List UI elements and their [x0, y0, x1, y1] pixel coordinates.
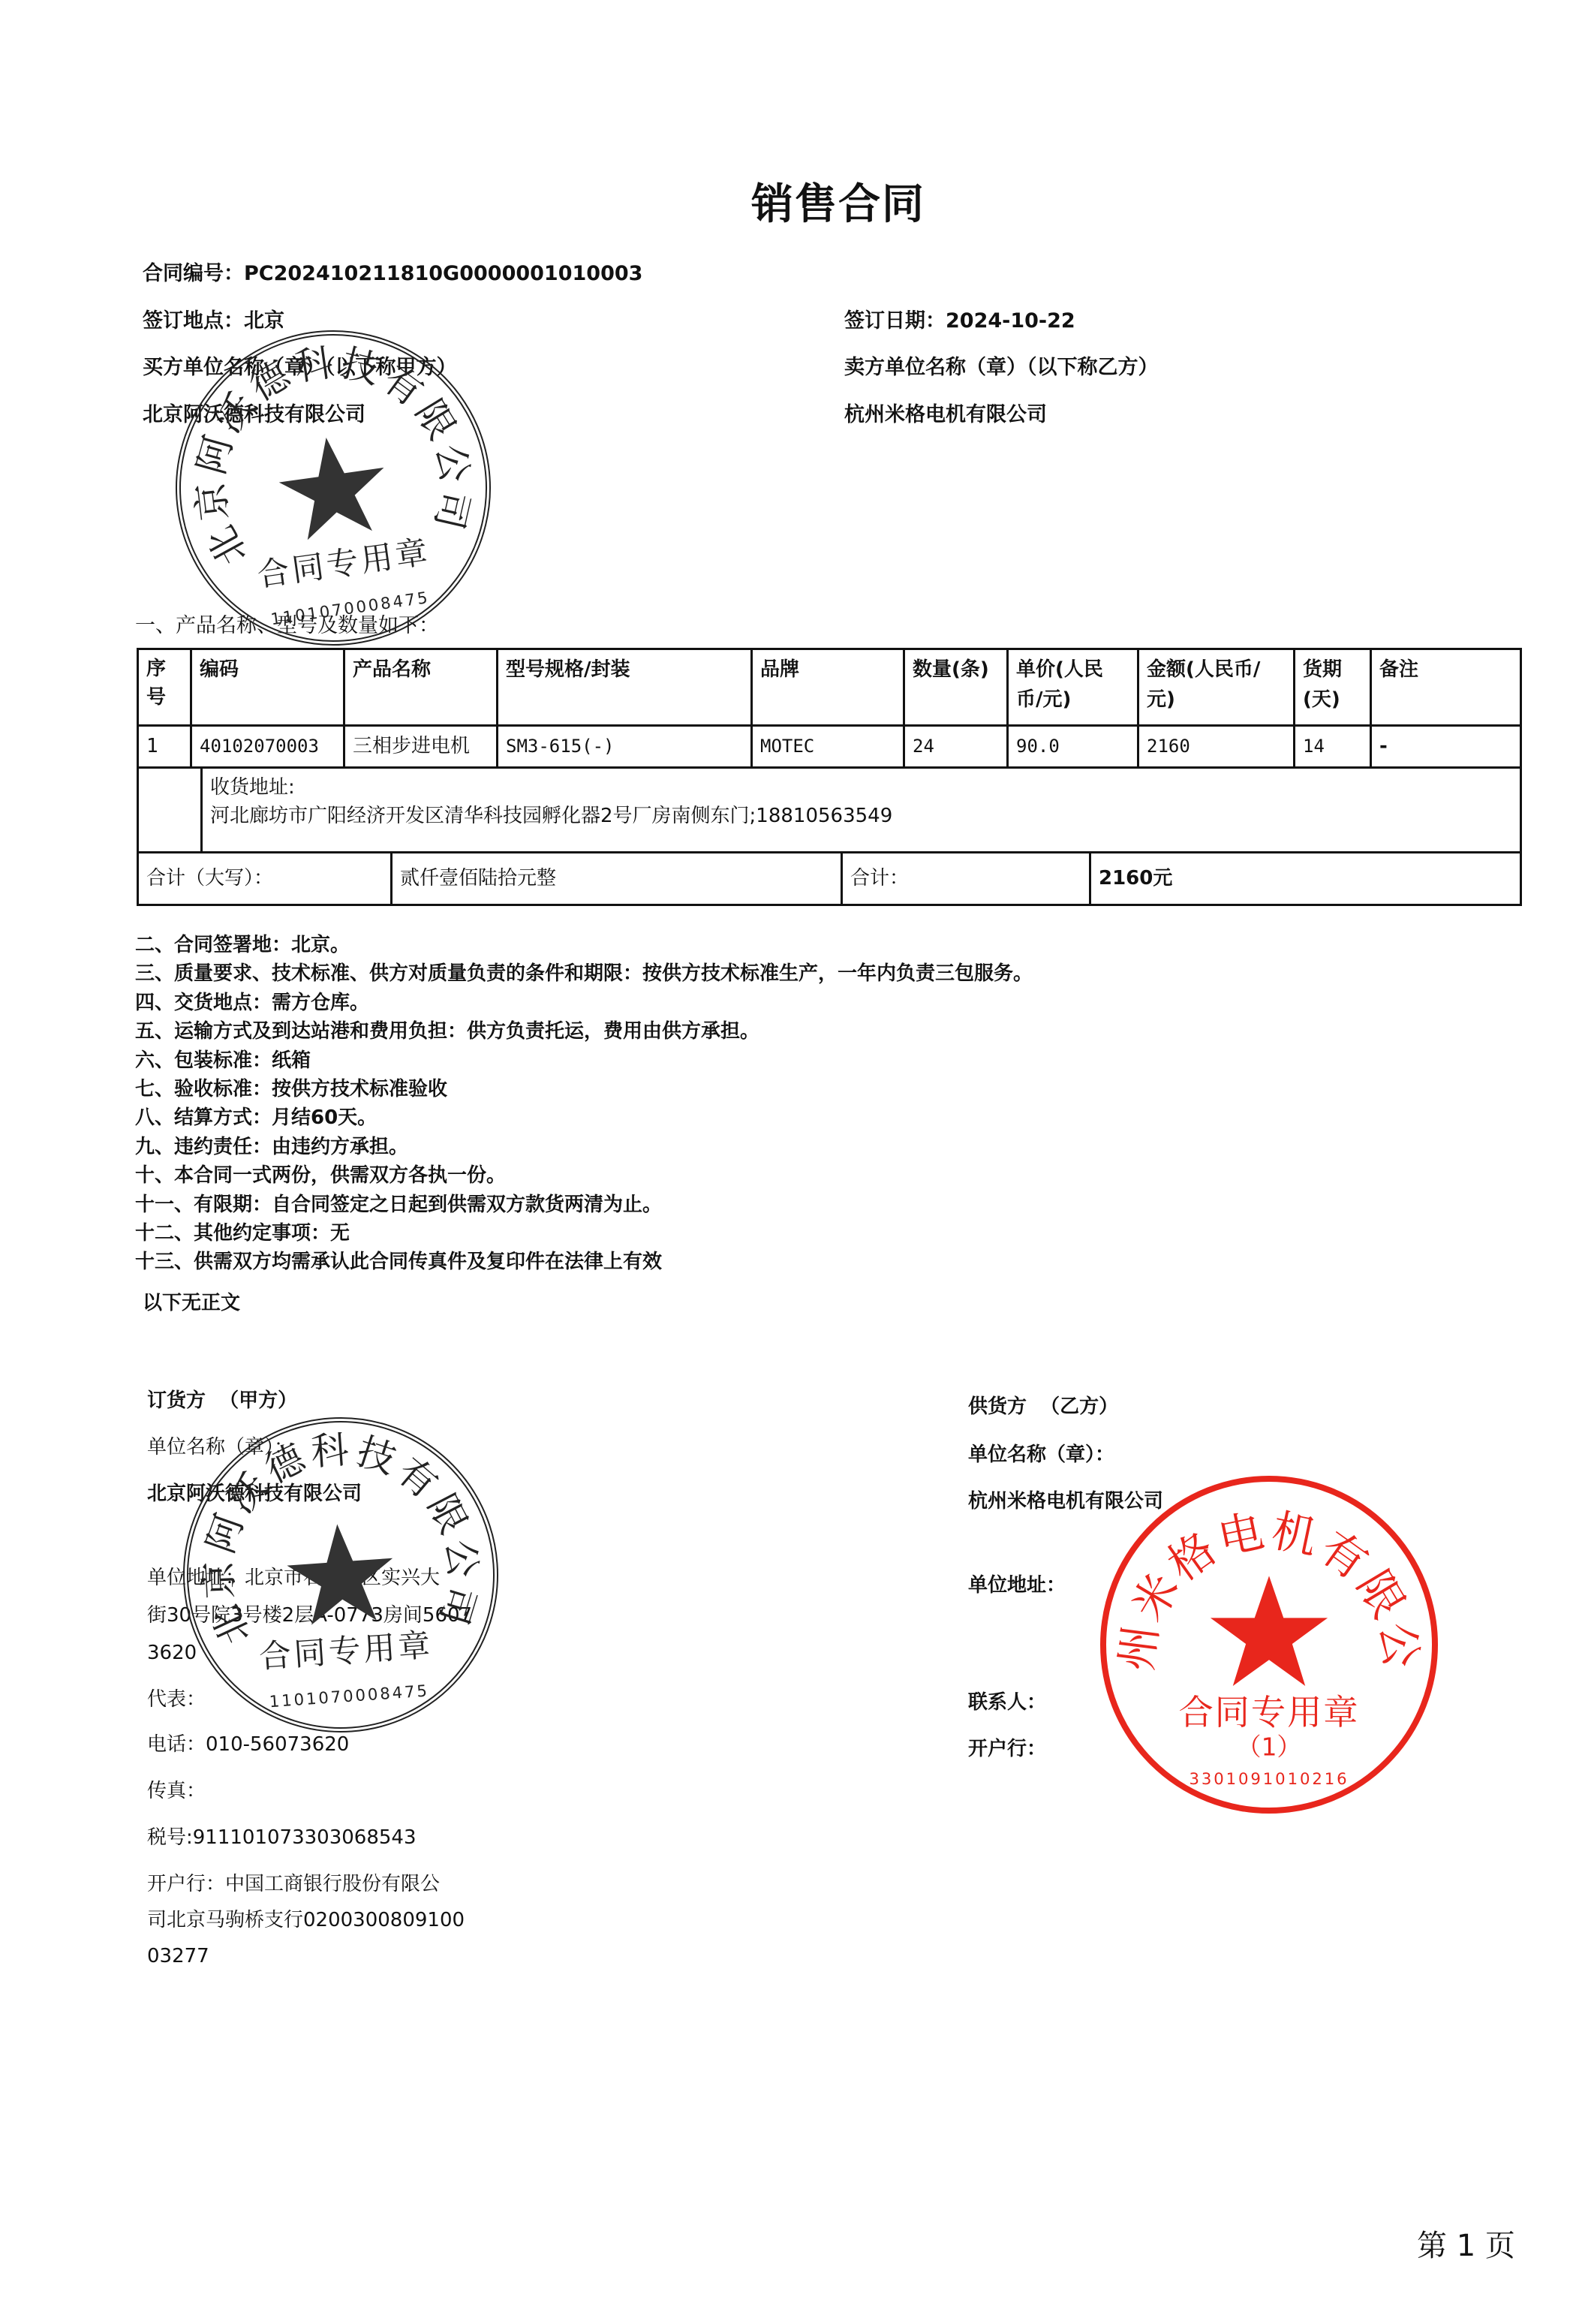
total-upper-value: 贰仟壹佰陆拾元整 — [392, 854, 839, 893]
row-unit-price: 90.0 — [1009, 727, 1136, 761]
sign-place-value: 北京 — [244, 309, 284, 333]
party-a-unit-name: 北京阿沃德科技有限公司 — [147, 1480, 362, 1507]
party-a-address-3: 3620 — [147, 1639, 197, 1666]
seller-name: 杭州米格电机有限公司 — [844, 402, 1047, 429]
row-amount: 2160 — [1139, 727, 1293, 761]
contract-number-value: PC202410211810G0000001010003 — [244, 262, 642, 285]
delivery-address-label: 收货地址: — [210, 773, 1478, 802]
header-amount: 金额(人民币/元) — [1139, 650, 1293, 715]
clause-11: 十一、有限期：自合同签定之日起到供需双方款货两清为止。 — [135, 1191, 1033, 1219]
row-product: 三相步进电机 — [345, 727, 495, 761]
clause-8: 八、结算方式：月结60天。 — [135, 1103, 1033, 1132]
sign-place: 签订地点：北京 — [143, 308, 284, 335]
header-index: 序号 — [139, 650, 190, 712]
row-lead-time: 14 — [1295, 727, 1370, 761]
party-a-address-1: 单位地址：北京市石景山区实兴大 — [147, 1564, 440, 1591]
seller-company-seal: 杭州米格电机有限公司 合同专用章 （1） 3301091010216 — [1100, 1476, 1438, 1814]
product-table: 序号 编码 产品名称 型号规格/封装 品牌 数量(条) 单价(人民币/元) 金额… — [137, 648, 1522, 906]
party-b-contact-label: 联系人： — [968, 1689, 1046, 1716]
row-model: SM3-615(-) — [498, 727, 750, 761]
clause-6: 六、包装标准：纸箱 — [135, 1046, 1033, 1075]
party-b-address-label: 单位地址： — [968, 1572, 1066, 1599]
party-a-phone: 电话：010-56073620 — [147, 1731, 349, 1758]
seller-seal-sub-text: （1） — [1237, 1733, 1301, 1762]
party-b-unit-name: 杭州米格电机有限公司 — [968, 1488, 1163, 1515]
delivery-address-block: 收货地址: 河北廊坊市广阳经济开发区清华科技园孵化器2号厂房南侧东门;18810… — [203, 769, 1478, 830]
row-index: 1 — [139, 727, 190, 761]
clause-13: 十三、供需双方均需承认此合同传真件及复印件在法律上有效 — [135, 1248, 1033, 1276]
party-a-bank-1: 开户行：中国工商银行股份有限公 — [147, 1871, 440, 1898]
section-1-heading: 一、产品名称、型号及数量如下： — [135, 613, 439, 640]
buyer-seal-number-2: 1101070008475 — [269, 1681, 430, 1711]
total-value: 2160元 — [1091, 854, 1511, 893]
clause-7: 七、验收标准：按供方技术标准验收 — [135, 1075, 1033, 1103]
row-qty: 24 — [905, 727, 1006, 761]
row-remark: - — [1372, 727, 1514, 761]
header-product: 产品名称 — [345, 650, 495, 685]
clause-5: 五、运输方式及到达站港和费用负担：供方负责托运，费用由供方承担。 — [135, 1017, 1033, 1046]
sign-date: 签订日期：2024-10-22 — [844, 308, 1075, 335]
buyer-name: 北京阿沃德科技有限公司 — [143, 402, 365, 429]
party-b-heading: 供货方 （乙方） — [968, 1393, 1118, 1420]
clause-9: 九、违约责任：由违约方承担。 — [135, 1133, 1033, 1161]
party-a-tax-no: 税号:911101073303068543 — [147, 1824, 417, 1851]
sign-date-value: 2024-10-22 — [946, 309, 1075, 333]
header-lead-time: 货期(天) — [1295, 650, 1370, 715]
seller-seal-inner-text: 合同专用章 — [1178, 1692, 1359, 1732]
header-remark: 备注 — [1372, 650, 1514, 685]
header-unit-price: 单价(人民币/元) — [1009, 650, 1136, 715]
clause-12: 十二、其他约定事项：无 — [135, 1219, 1033, 1248]
clause-4: 四、交货地点：需方仓库。 — [135, 989, 1033, 1017]
party-a-unit-name-label: 单位名称（章）： — [147, 1434, 293, 1461]
party-a-rep: 代表： — [147, 1686, 206, 1713]
buyer-seal-inner-text: 合同专用章 — [255, 534, 432, 595]
clauses-list: 二、合同签署地：北京。 三、质量要求、技术标准、供方对质量负责的条件和期限：按供… — [135, 931, 1033, 1277]
buyer-label: 买方单位名称（章）（以下称甲方） — [143, 354, 457, 381]
sign-date-label: 签订日期： — [844, 309, 946, 333]
seller-label: 卖方单位名称（章）（以下称乙方） — [844, 354, 1159, 381]
end-note: 以下无正文 — [143, 1290, 240, 1317]
party-b-unit-name-label: 单位名称（章）： — [968, 1441, 1114, 1468]
party-a-bank-3: 03277 — [147, 1943, 209, 1970]
party-b-bank-label: 开户行： — [968, 1735, 1046, 1763]
delivery-address: 河北廊坊市广阳经济开发区清华科技园孵化器2号厂房南侧东门;18810563549 — [210, 802, 1478, 830]
party-a-fax: 传真： — [147, 1778, 206, 1805]
header-qty: 数量(条) — [905, 650, 1006, 685]
total-label: 合计： — [843, 854, 1087, 893]
header-model: 型号规格/封装 — [498, 650, 750, 685]
party-a-address-2: 街30号院3号楼2层A-0773房间5607 — [147, 1602, 472, 1629]
star-icon — [274, 430, 392, 543]
header-brand: 品牌 — [753, 650, 903, 685]
star-icon — [1211, 1576, 1328, 1686]
svg-text:杭州米格电机有限公司: 杭州米格电机有限公司 — [1082, 1441, 1427, 1673]
clause-3: 三、质量要求、技术标准、供方对质量负责的条件和期限：按供方技术标准生产，一年内负… — [135, 959, 1033, 988]
contract-number-label: 合同编号： — [143, 262, 244, 285]
sign-place-label: 签订地点： — [143, 309, 244, 333]
page-number: 第 1 页 — [1417, 2222, 1515, 2265]
seller-seal-number: 3301091010216 — [1190, 1770, 1349, 1789]
contract-number: 合同编号：PC202410211810G0000001010003 — [143, 260, 642, 287]
party-a-bank-2: 司北京马驹桥支行0200300809100 — [147, 1907, 465, 1934]
party-a-heading: 订货方 （甲方） — [147, 1387, 297, 1414]
document-title: 销售合同 — [0, 171, 1576, 231]
row-brand: MOTEC — [753, 727, 903, 761]
clause-10: 十、本合同一式两份，供需双方各执一份。 — [135, 1161, 1033, 1190]
seller-seal-outer-text: 杭州米格电机有限公司 — [1082, 1441, 1427, 1673]
total-upper-label: 合计（大写）： — [139, 854, 390, 893]
buyer-seal-inner-text-2: 合同专用章 — [258, 1627, 435, 1676]
seller-seal-graphic: 杭州米格电机有限公司 合同专用章 （1） 3301091010216 — [1106, 1482, 1432, 1808]
row-code: 40102070003 — [192, 727, 342, 761]
header-code: 编码 — [192, 650, 342, 685]
clause-2: 二、合同签署地：北京。 — [135, 931, 1033, 959]
